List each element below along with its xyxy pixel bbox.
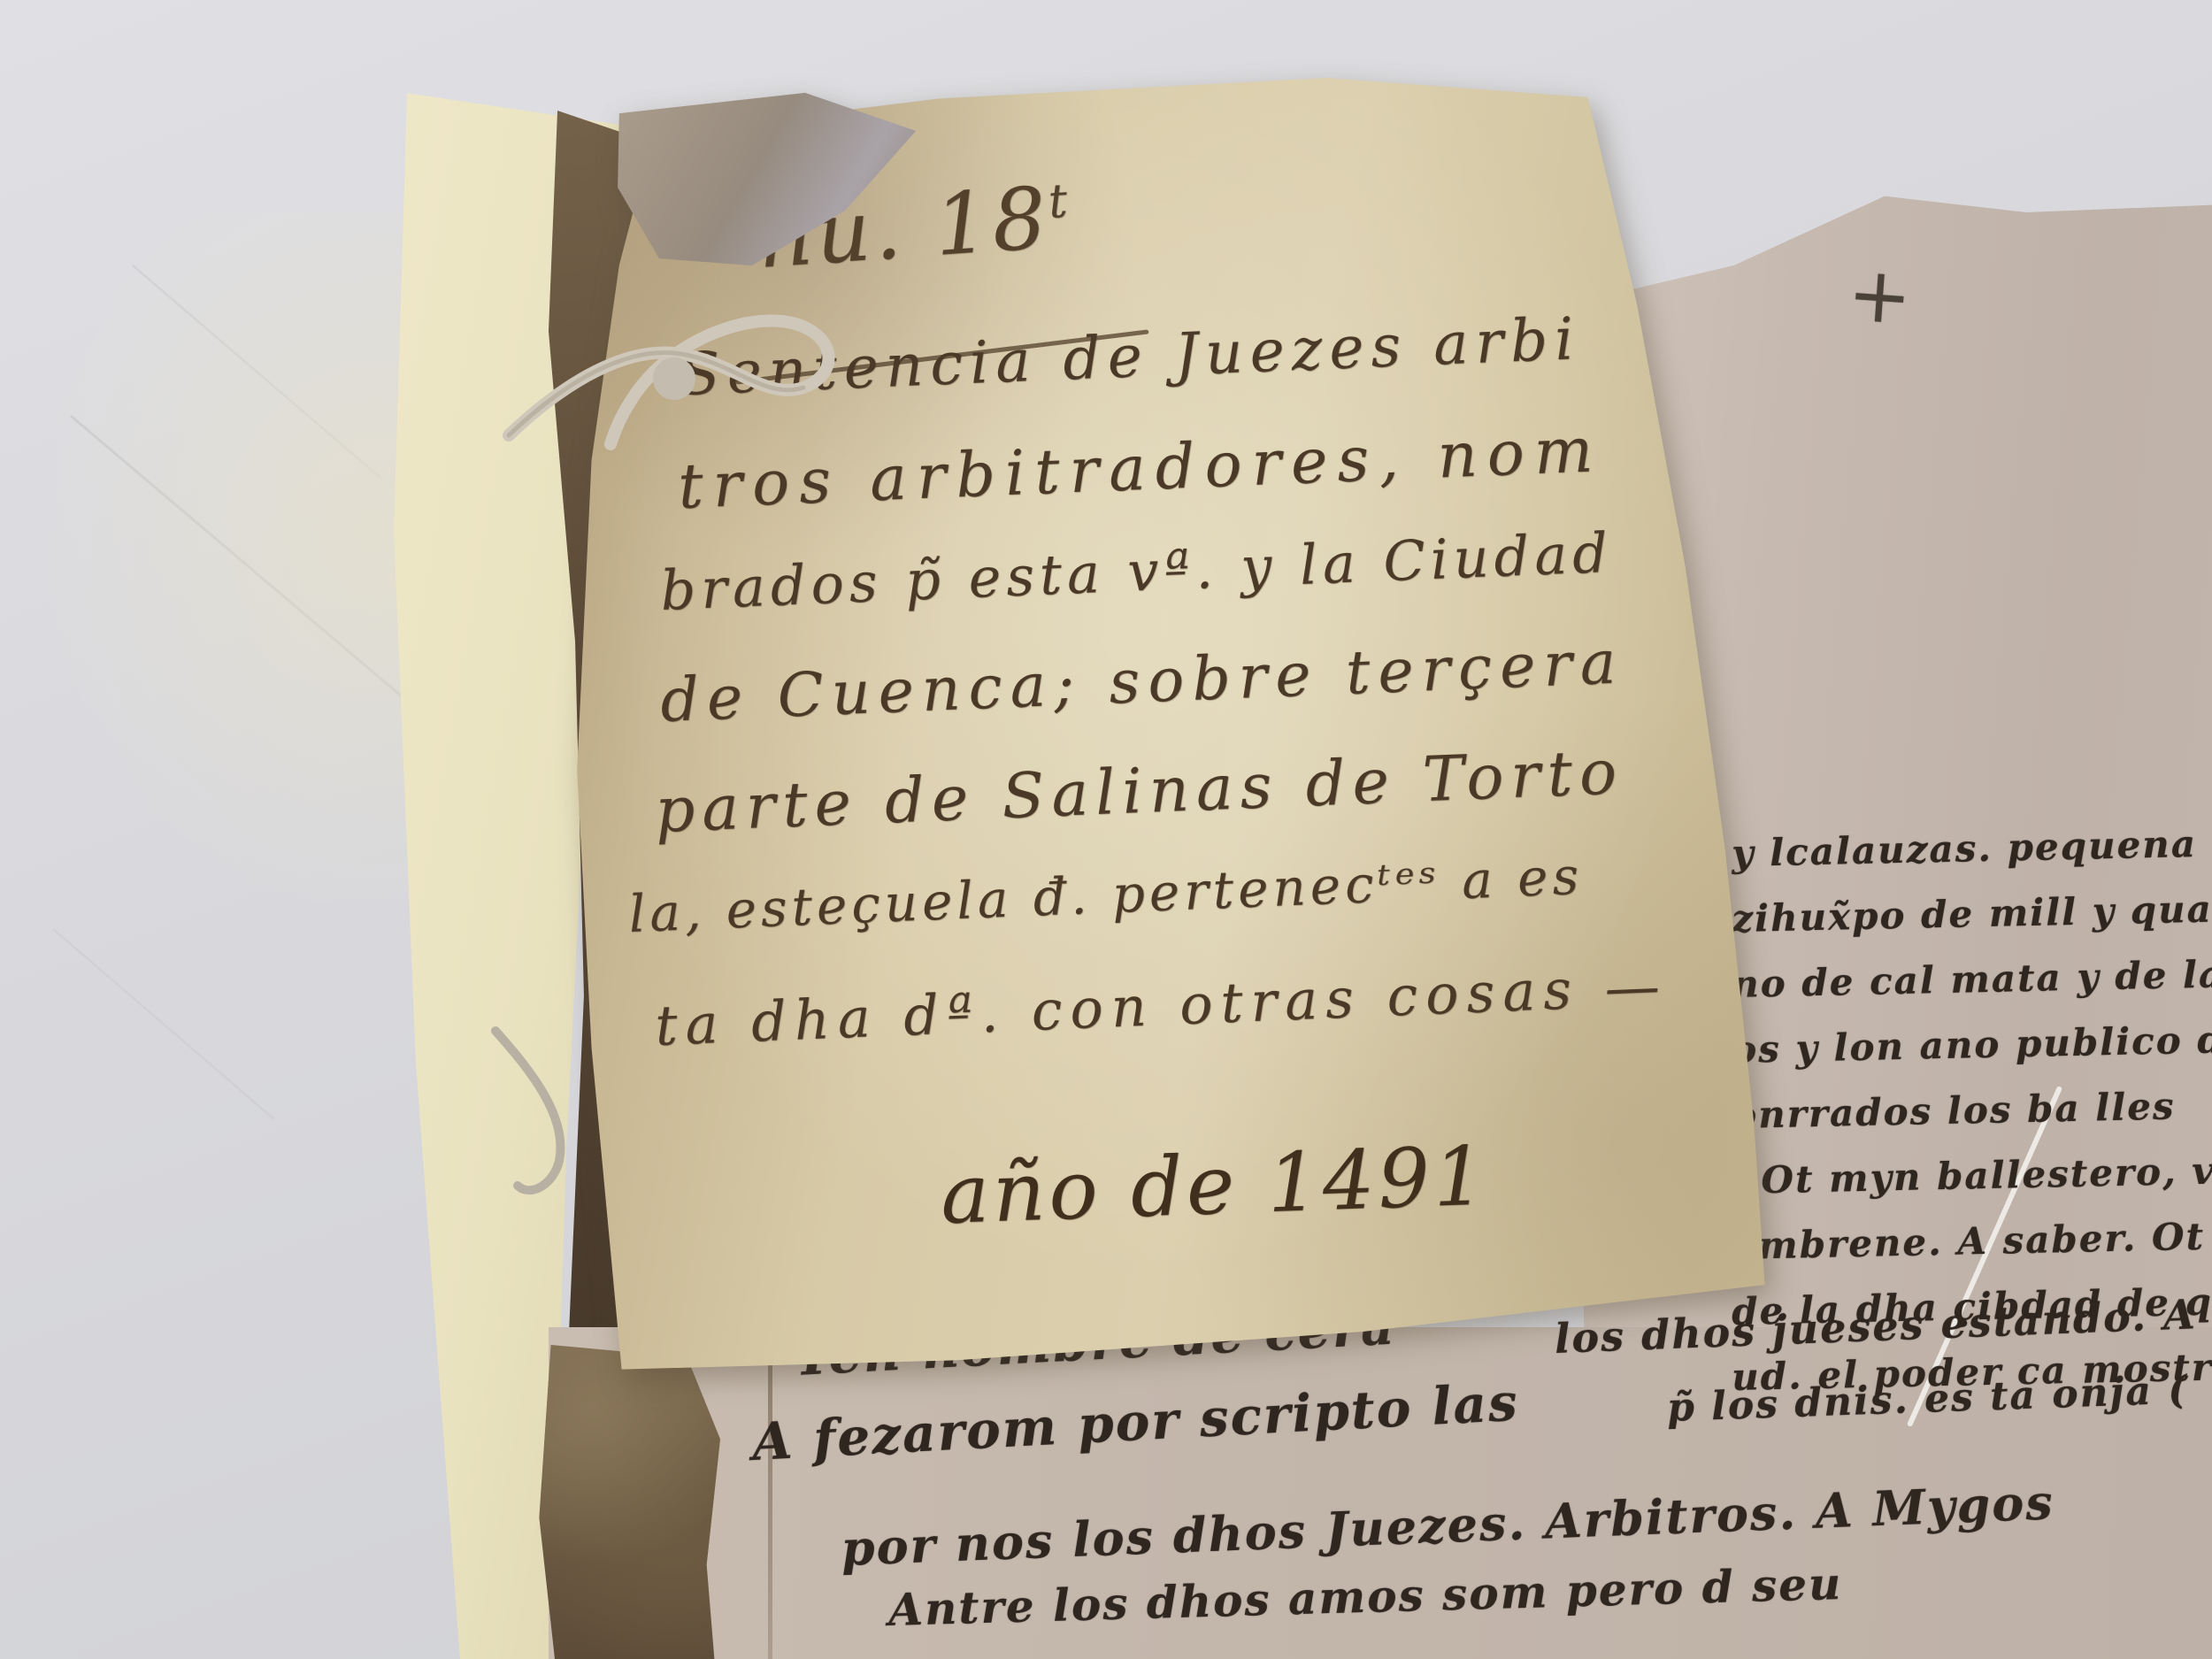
label-year-line: año de 1491 bbox=[939, 1128, 1490, 1242]
cover-label: nu. 18t Sentencia de Juezes arbi tros ar… bbox=[0, 0, 2212, 1659]
cover-label-paper: nu. 18t Sentencia de Juezes arbi tros ar… bbox=[566, 75, 1770, 1376]
label-number-superscript: t bbox=[1047, 173, 1072, 229]
label-crease-mark bbox=[1843, 1163, 2053, 1430]
label-text-line: ta dha dª. con otras cosas — bbox=[654, 953, 1669, 1058]
label-text-line: de Cuenca; sobre terçera bbox=[659, 627, 1625, 736]
label-text-line: Sentencia de Juezes arbi bbox=[679, 304, 1582, 409]
label-number-value: 18 bbox=[931, 168, 1053, 275]
photo-of-manuscript: + y lcalauzas. pequena zihux̃po de mill … bbox=[0, 0, 2212, 1659]
label-text-line: la, esteçuela đ. pertenecᵗᵉˢ a es bbox=[627, 846, 1584, 944]
label-text-line: brados p̃ esta vª. y la Ciudad bbox=[659, 520, 1614, 623]
label-text-line: tros arbitradores, nom bbox=[677, 413, 1604, 523]
label-text-line: parte de Salinas de Torto bbox=[654, 735, 1625, 847]
